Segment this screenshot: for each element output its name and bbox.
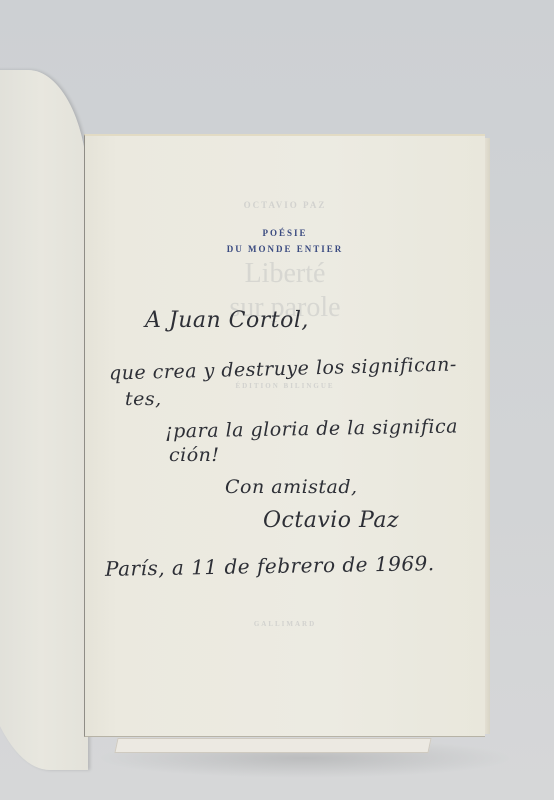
inscription-line-3: tes, — [125, 388, 162, 410]
author-ghost-text: OCTAVIO PAZ — [85, 200, 485, 210]
left-page — [0, 70, 88, 770]
inscription-line-6: Con amistad, — [225, 476, 358, 498]
series-line-2: DU MONDE ENTIER — [85, 244, 485, 254]
title-page: OCTAVIO PAZ POÉSIE DU MONDE ENTIER Liber… — [84, 134, 485, 737]
series-line-1: POÉSIE — [85, 228, 485, 238]
inscription-line-5: ción! — [169, 444, 220, 466]
signature: Octavio Paz — [263, 508, 399, 533]
book-stand — [114, 738, 431, 753]
inscription-line-2: que crea y destruye los significan- — [109, 353, 457, 384]
title-ghost-line-1: Liberté — [85, 258, 485, 290]
inscription-line-4: ¡para la gloria de la significa — [165, 415, 458, 442]
publisher-ghost-text: GALLIMARD — [85, 620, 485, 628]
inscription-line-1: A Juan Cortol, — [145, 308, 309, 333]
inscription-date: París, a 11 de febrero de 1969. — [105, 551, 435, 581]
